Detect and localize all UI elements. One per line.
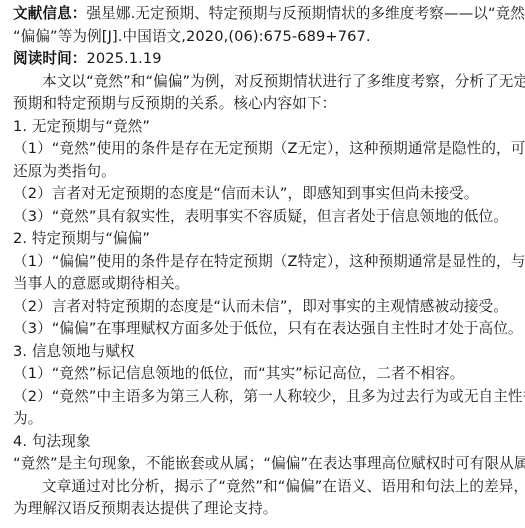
section-2-line-1: （1）“偏偏”使用的条件是存在特定预期（Z特定），这种预期通常是显性的，与	[13, 251, 517, 274]
section-1-line-3: （2）言者对无定预期的态度是“信而未认”，即感知到事实但尚未接受。	[13, 183, 517, 206]
section-3-line-1: （1）“竟然”标记信息领地的低位，而“其实”标记高位，二者不相容。	[13, 363, 517, 386]
citation-text-1: 强星娜.无定预期、特定预期与反预期情状的多维度考察——以“竟然”	[86, 5, 525, 22]
citation-line-2: “偏偏”等为例[J].中国语文,2020,(06):675-689+767.	[13, 26, 517, 49]
reading-time-label: 阅读时间：	[13, 50, 86, 67]
section-1-line-1: （1）“竟然”使用的条件是存在无定预期（Z无定），这种预期通常是隐性的，可	[13, 138, 517, 161]
section-3-line-2: （2）“竟然”中主语多为第三人称，第一人称较少，且多为过去行为或无自主性行	[13, 386, 517, 409]
citation-line-1: 文献信息：强星娜.无定预期、特定预期与反预期情状的多维度考察——以“竟然”	[13, 3, 517, 26]
section-3-line-3: 为。	[13, 408, 517, 431]
section-4-line-1: “竟然”是主句现象，不能嵌套或从属；“偏偏”在表达事理高位赋权时可有限从属。	[13, 453, 517, 476]
conclusion-line-1: 文章通过对比分析，揭示了“竟然”和“偏偏”在语义、语用和句法上的差异，	[13, 476, 517, 499]
intro-line-1: 本文以“竟然”和“偏偏”为例，对反预期情状进行了多维度考察，分析了无定	[13, 71, 517, 94]
intro-line-2: 预期和特定预期与反预期的关系。核心内容如下：	[13, 93, 517, 116]
reading-time-line: 阅读时间：2025.1.19	[13, 48, 517, 71]
section-heading-1: 1. 无定预期与“竟然”	[13, 116, 517, 139]
citation-label: 文献信息：	[13, 5, 86, 22]
section-1-line-2: 还原为类指句。	[13, 161, 517, 184]
section-2-line-3: （2）言者对特定预期的态度是“认而未信”，即对事实的主观情感被动接受。	[13, 296, 517, 319]
section-2-line-4: （3）“偏偏”在事理赋权方面多处于低位，只有在表达强自主性时才处于高位。	[13, 318, 517, 341]
reading-time-value: 2025.1.19	[86, 50, 161, 67]
section-heading-2: 2. 特定预期与“偏偏”	[13, 228, 517, 251]
document-body: 文献信息：强星娜.无定预期、特定预期与反预期情状的多维度考察——以“竟然” “偏…	[0, 0, 525, 521]
section-2-line-2: 当事人的意愿或期待相关。	[13, 273, 517, 296]
section-heading-4: 4. 句法现象	[13, 431, 517, 454]
section-1-line-4: （3）“竟然”具有叙实性，表明事实不容质疑，但言者处于信息领地的低位。	[13, 206, 517, 229]
conclusion-line-2: 为理解汉语反预期表达提供了理论支持。	[13, 498, 517, 521]
section-heading-3: 3. 信息领地与赋权	[13, 341, 517, 364]
